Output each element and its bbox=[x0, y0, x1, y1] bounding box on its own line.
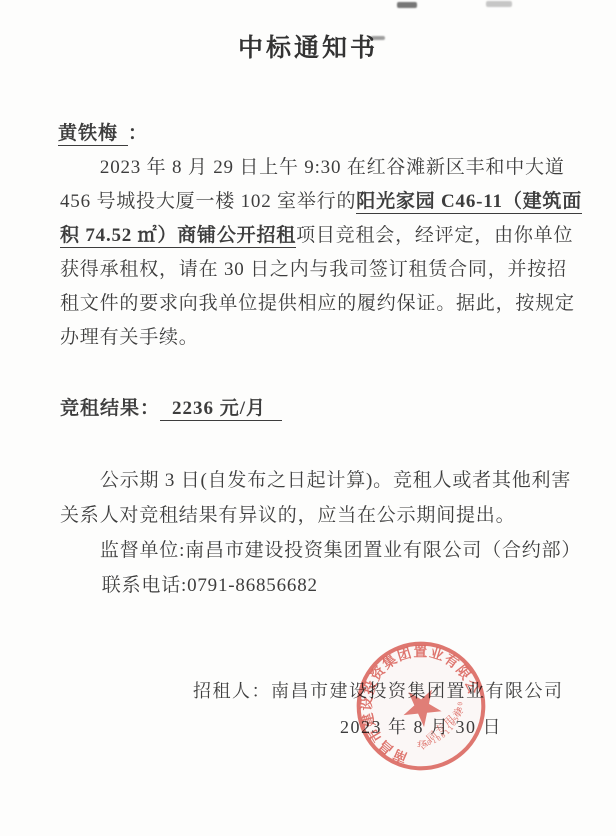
official-seal: 南昌市建设投资集团置业有限公司 合同专用章 3601081105780 bbox=[326, 611, 515, 800]
document-title: 中标通知书 bbox=[0, 28, 616, 64]
body-line: 积 74.52 ㎡）商铺公开招租项目竞租会，经评定，由你单位 bbox=[60, 219, 560, 253]
seal-border bbox=[333, 618, 509, 794]
result-label: 竞租结果： bbox=[60, 398, 160, 419]
result-line: 竞租结果：2236 元/月 bbox=[60, 394, 282, 424]
result-value: 2236 元/月 bbox=[160, 398, 282, 421]
recipient-line: 黄铁梅： bbox=[58, 118, 148, 145]
body-paragraph-main: 2023 年 8 月 29 日上午 9:30 在红谷滩新区丰和中大道456 号城… bbox=[60, 151, 560, 355]
body-line: 公示期 3 日(自发布之日起计算)。竞租人或者其他利害 bbox=[60, 463, 560, 498]
scan-artifact bbox=[397, 2, 417, 8]
issuer-line: 招租人：南昌市建设投资集团置业有限公司 bbox=[193, 677, 564, 705]
body-line: 2023 年 8 月 29 日上午 9:30 在红谷滩新区丰和中大道 bbox=[60, 151, 560, 185]
recipient-name: 黄铁梅 bbox=[58, 123, 128, 146]
body-paragraph-notice: 公示期 3 日(自发布之日起计算)。竞租人或者其他利害关系人对竞租结果有异议的，… bbox=[60, 463, 560, 603]
scan-artifact bbox=[486, 1, 512, 7]
body-line: 获得承租权，请在 30 日之内与我司签订租赁合同，并按招 bbox=[60, 253, 560, 287]
body-line: 联系电话:0791-86856682 bbox=[60, 568, 560, 603]
body-line: 租文件的要求向我单位提供相应的履约保证。据此，按规定 bbox=[60, 287, 560, 321]
body-line: 关系人对竞租结果有异议的，应当在公示期间提出。 bbox=[60, 498, 560, 533]
body-line: 456 号城投大厦一楼 102 室举行的阳光家园 C46-11（建筑面 bbox=[60, 185, 560, 219]
body-line: 办理有关手续。 bbox=[60, 321, 560, 355]
scanned-document-page: 中标通知书 黄铁梅： 2023 年 8 月 29 日上午 9:30 在红谷滩新区… bbox=[0, 0, 616, 836]
body-line: 监督单位:南昌市建设投资集团置业有限公司（合约部） bbox=[60, 533, 560, 568]
recipient-colon: ： bbox=[128, 123, 148, 144]
signature-date: 2023 年 8 月 30 日 bbox=[340, 713, 502, 741]
